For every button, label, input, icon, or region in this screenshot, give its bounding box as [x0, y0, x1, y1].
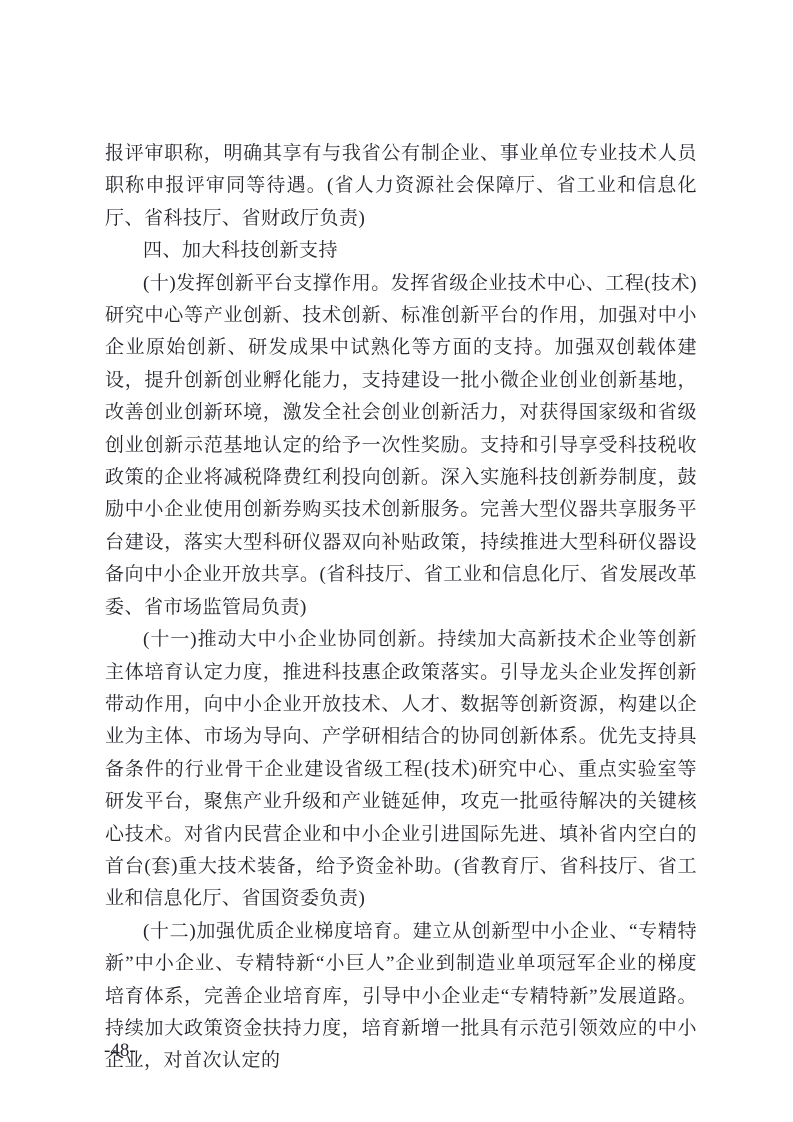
section-heading: 四、加大科技创新支持 [105, 235, 697, 267]
page-number: -48- [104, 1036, 136, 1066]
paragraph-continuation: 报评审职称，明确其享有与我省公有制企业、事业单位专业技术人员职称申报评审同等待遇… [105, 138, 697, 235]
paragraph-item-12: (十二)加强优质企业梯度培育。建立从创新型中小企业、“专精特新”中小企业、专精特… [105, 916, 697, 1078]
document-page: 报评审职称，明确其享有与我省公有制企业、事业单位专业技术人员职称申报评审同等待遇… [0, 0, 793, 1122]
document-body: 报评审职称，明确其享有与我省公有制企业、事业单位专业技术人员职称申报评审同等待遇… [105, 138, 697, 1078]
paragraph-item-10: (十)发挥创新平台支撑作用。发挥省级企业技术中心、工程(技术)研究中心等产业创新… [105, 268, 697, 624]
paragraph-item-11: (十一)推动大中小企业协同创新。持续加大高新技术企业等创新主体培育认定力度，推进… [105, 624, 697, 916]
